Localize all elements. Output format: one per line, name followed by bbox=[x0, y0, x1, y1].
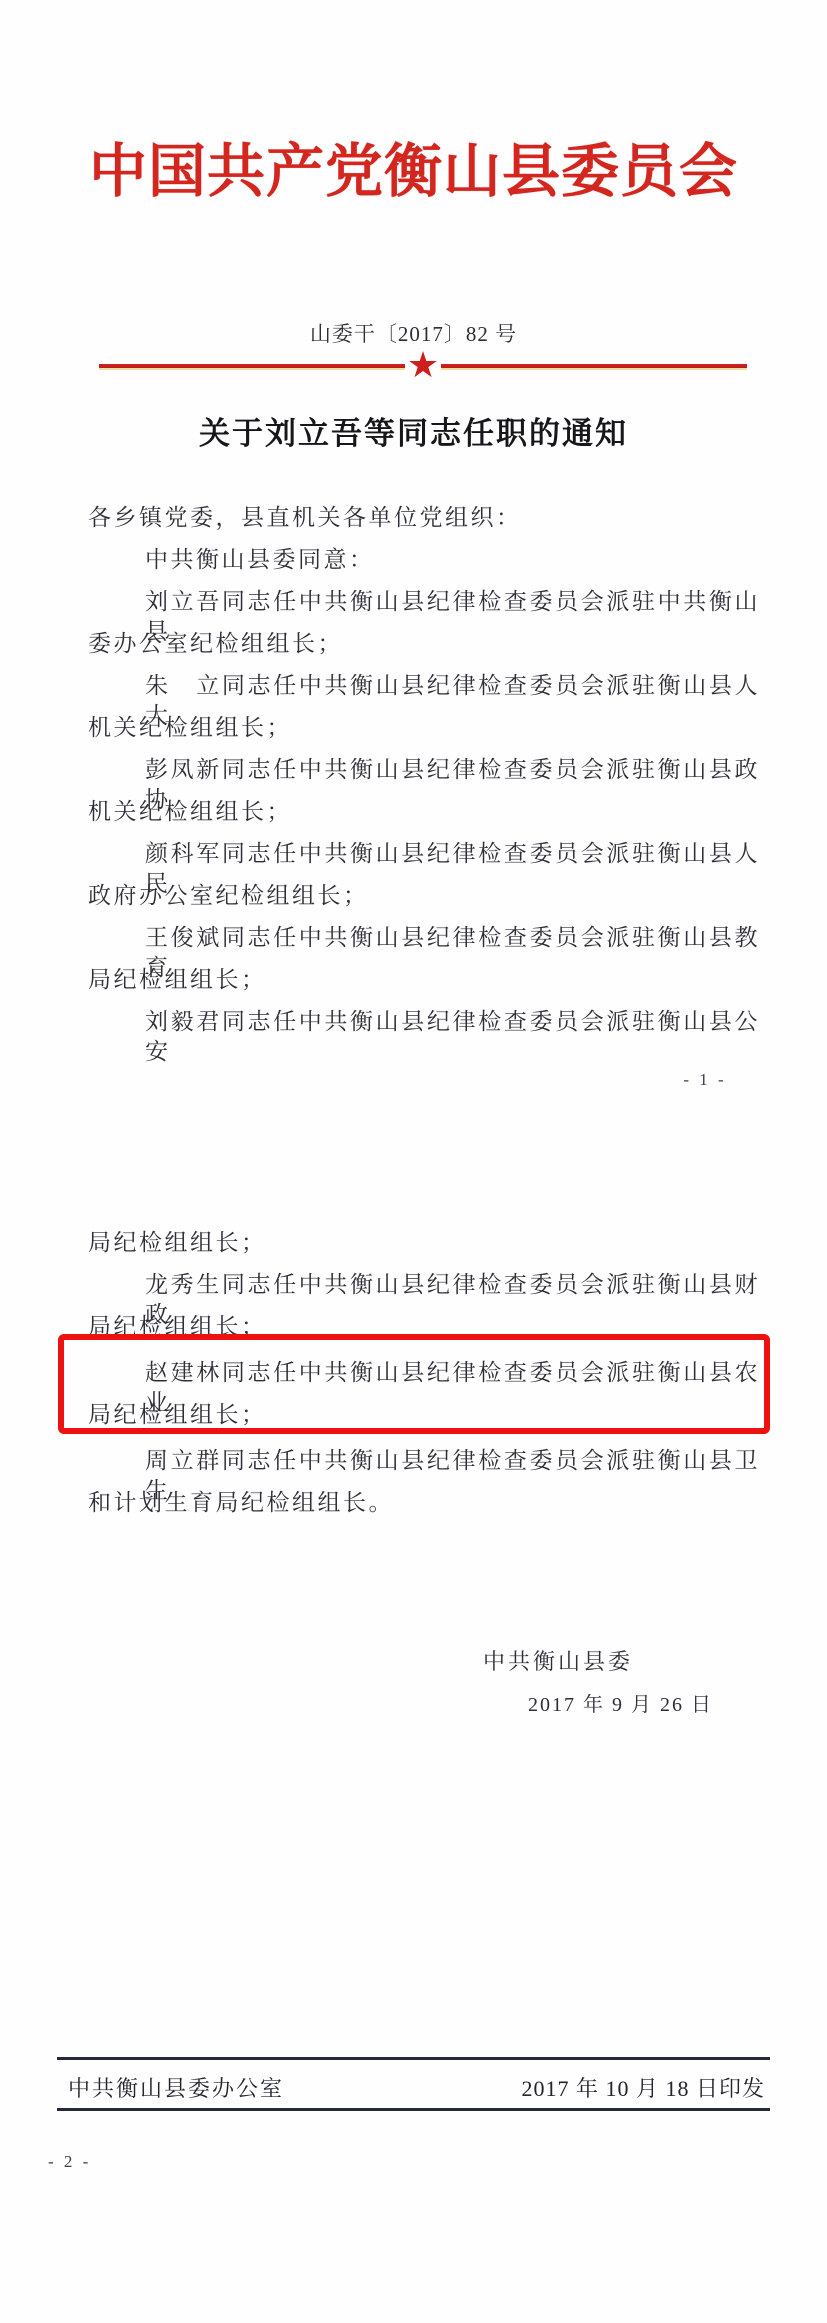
body-line: 和计划生育局纪检组组长。 bbox=[88, 1488, 760, 1518]
body-line: 政府办公室纪检组组长； bbox=[88, 881, 760, 911]
footer-issuer: 中共衡山县委办公室 bbox=[68, 2072, 284, 2103]
star-divider: ★ bbox=[99, 350, 747, 382]
body-line: 刘毅君同志任中共衡山县纪律检查委员会派驻衡山县公安 bbox=[88, 1007, 760, 1067]
divider-line-right bbox=[441, 364, 747, 368]
signature-org: 中共衡山县委 bbox=[483, 1645, 633, 1676]
document-title: 关于刘立吾等同志任职的通知 bbox=[0, 408, 827, 453]
body-line: 机关纪检组组长； bbox=[88, 797, 760, 827]
body-line: 机关纪检组组长； bbox=[88, 713, 760, 743]
page-1-number: - 1 - bbox=[665, 1070, 745, 1090]
body-line: 中共衡山县委同意： bbox=[88, 545, 760, 575]
body-line: 局纪检组组长； bbox=[88, 1400, 760, 1430]
page-2-number: - 2 - bbox=[48, 2152, 91, 2172]
document-header-org-name: 中国共产党衡山县委员会 bbox=[0, 140, 827, 204]
scanned-document-page: 中国共产党衡山县委员会 山委干〔2017〕82 号 ★ 关于刘立吾等同志任职的通… bbox=[0, 0, 827, 2323]
footer-rule-top bbox=[57, 2057, 770, 2060]
body-line: 各乡镇党委，县直机关各单位党组织： bbox=[88, 503, 760, 533]
red-star-icon: ★ bbox=[407, 348, 439, 384]
footer-print-date: 2017 年 10 月 18 日印发 bbox=[521, 2072, 765, 2103]
body-line: 局纪检组组长； bbox=[88, 1228, 760, 1258]
body-line: 委办公室纪检组组长； bbox=[88, 629, 760, 659]
divider-line-left bbox=[99, 364, 405, 368]
document-number: 山委干〔2017〕82 号 bbox=[0, 318, 827, 348]
body-line: 局纪检组组长； bbox=[88, 965, 760, 995]
footer-rule-bottom bbox=[57, 2108, 770, 2111]
signature-date: 2017 年 9 月 26 日 bbox=[528, 1688, 713, 1717]
